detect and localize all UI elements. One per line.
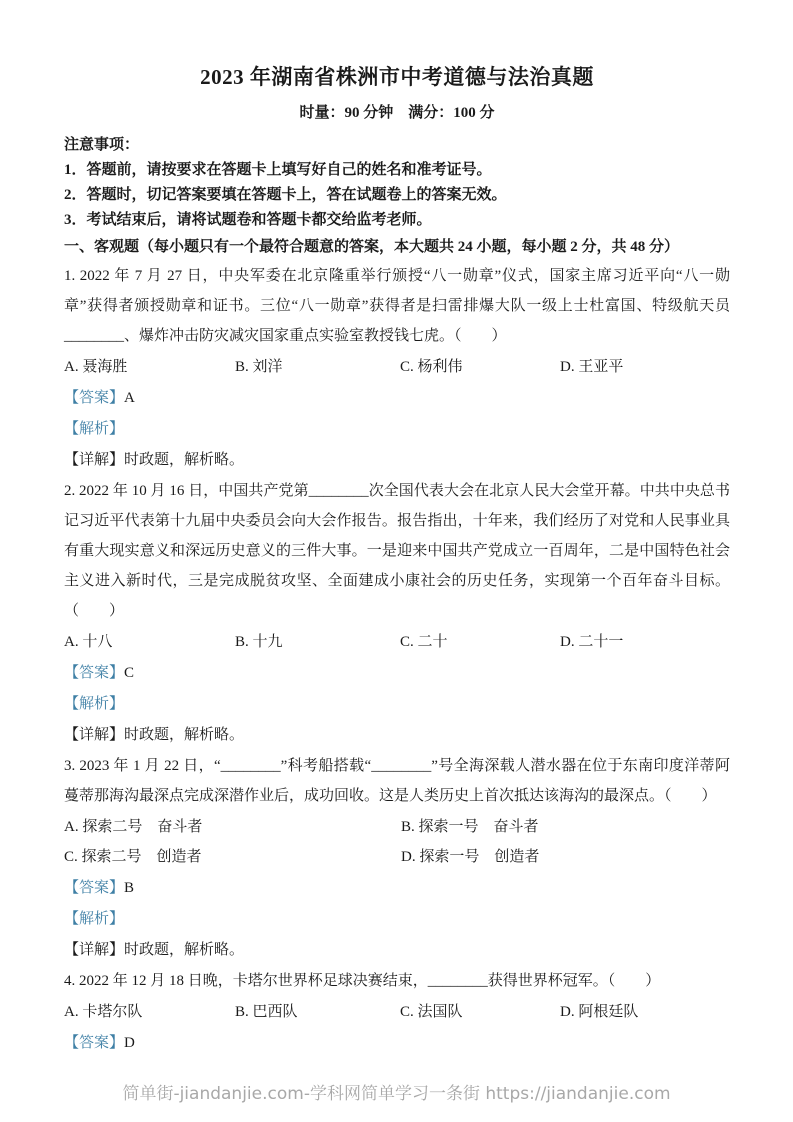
- analysis-label: 【解析】: [64, 689, 730, 719]
- detail-line: 【详解】时政题，解析略。: [64, 445, 730, 475]
- answer-value: C: [124, 665, 134, 681]
- analysis-label: 【解析】: [64, 904, 730, 934]
- question-stem: 1. 2022 年 7 月 27 日，中央军委在北京隆重举行颁授“八一勋章”仪式…: [64, 261, 730, 351]
- watermark-footer: 简单街-jiandanjie.com-学科网简单学习一条街 https://ji…: [0, 1079, 793, 1104]
- exam-document-page: 2023 年湖南省株洲市中考道德与法治真题 时量：90 分钟 满分：100 分 …: [0, 0, 793, 1122]
- answer-line: 【答案】A: [64, 383, 730, 413]
- option-d: D. 探索一号 创造者: [401, 842, 730, 872]
- question-2: 2. 2022 年 10 月 16 日，中国共产党第________次全国代表大…: [64, 476, 730, 750]
- question-stem: 4. 2022 年 12 月 18 日晚，卡塔尔世界杯足球决赛结束，______…: [64, 966, 730, 996]
- option-a: A. 聂海胜: [64, 352, 235, 382]
- option-a: A. 卡塔尔队: [64, 997, 235, 1027]
- notice-item-2: 2．答题时，切记答案要填在答题卡上，答在试题卷上的答案无效。: [64, 183, 730, 208]
- answer-value: A: [124, 390, 135, 406]
- option-d: D. 王亚平: [560, 352, 730, 382]
- question-3: 3. 2023 年 1 月 22 日，“________”科考船搭载“_____…: [64, 751, 730, 965]
- answer-line: 【答案】D: [64, 1028, 730, 1058]
- answer-line: 【答案】B: [64, 873, 730, 903]
- detail-line: 【详解】时政题，解析略。: [64, 935, 730, 965]
- option-c: C. 探索二号 创造者: [64, 842, 401, 872]
- answer-label: 【答案】: [64, 665, 124, 681]
- option-d: D. 阿根廷队: [560, 997, 730, 1027]
- option-c: C. 二十: [400, 627, 560, 657]
- answer-value: D: [124, 1035, 135, 1051]
- detail-line: 【详解】时政题，解析略。: [64, 720, 730, 750]
- options-row: A. 十八 B. 十九 C. 二十 D. 二十一: [64, 627, 730, 657]
- answer-value: B: [124, 880, 134, 896]
- page-title: 2023 年湖南省株洲市中考道德与法治真题: [64, 64, 730, 90]
- exam-duration-score: 时量：90 分钟 满分：100 分: [64, 102, 730, 124]
- option-a: A. 十八: [64, 627, 235, 657]
- options-row: A. 聂海胜 B. 刘洋 C. 杨利伟 D. 王亚平: [64, 352, 730, 382]
- option-b: B. 探索一号 奋斗者: [401, 812, 730, 842]
- section-header: 一、客观题（每小题只有一个最符合题意的答案，本大题共 24 小题，每小题 2 分…: [64, 233, 730, 261]
- question-stem: 3. 2023 年 1 月 22 日，“________”科考船搭载“_____…: [64, 751, 730, 811]
- notice-block: 注意事项： 1．答题前，请按要求在答题卡上填写好自己的姓名和准考证号。 2．答题…: [64, 133, 730, 233]
- options-row: A. 卡塔尔队 B. 巴西队 C. 法国队 D. 阿根廷队: [64, 997, 730, 1027]
- notice-item-1: 1．答题前，请按要求在答题卡上填写好自己的姓名和准考证号。: [64, 158, 730, 183]
- option-c: C. 法国队: [400, 997, 560, 1027]
- answer-label: 【答案】: [64, 1035, 124, 1051]
- analysis-label: 【解析】: [64, 414, 730, 444]
- option-d: D. 二十一: [560, 627, 730, 657]
- option-b: B. 十九: [235, 627, 400, 657]
- notice-item-3: 3．考试结束后，请将试题卷和答题卡都交给监考老师。: [64, 208, 730, 233]
- option-c: C. 杨利伟: [400, 352, 560, 382]
- answer-line: 【答案】C: [64, 658, 730, 688]
- question-stem: 2. 2022 年 10 月 16 日，中国共产党第________次全国代表大…: [64, 476, 730, 626]
- answer-label: 【答案】: [64, 390, 124, 406]
- option-b: B. 巴西队: [235, 997, 400, 1027]
- options-row: A. 探索二号 奋斗者 B. 探索一号 奋斗者 C. 探索二号 创造者 D. 探…: [64, 812, 730, 872]
- notice-heading: 注意事项：: [64, 133, 730, 158]
- question-4: 4. 2022 年 12 月 18 日晚，卡塔尔世界杯足球决赛结束，______…: [64, 966, 730, 1058]
- option-a: A. 探索二号 奋斗者: [64, 812, 401, 842]
- option-b: B. 刘洋: [235, 352, 400, 382]
- answer-label: 【答案】: [64, 880, 124, 896]
- question-1: 1. 2022 年 7 月 27 日，中央军委在北京隆重举行颁授“八一勋章”仪式…: [64, 261, 730, 475]
